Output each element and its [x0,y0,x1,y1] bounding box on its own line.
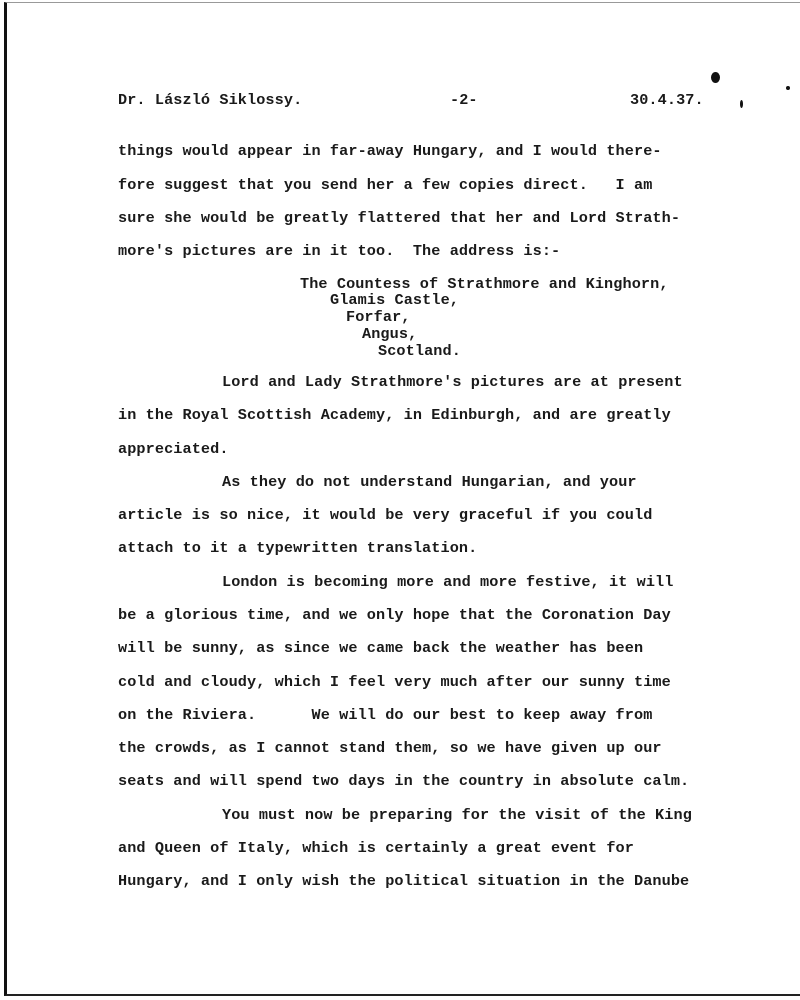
body-line: seats and will spend two days in the cou… [118,772,689,790]
body-line: will be sunny, as since we came back the… [118,639,643,657]
body-line: Lord and Lady Strathmore's pictures are … [222,373,683,391]
ink-speck [740,100,743,108]
ink-speck [711,72,720,83]
body-line: You must now be preparing for the visit … [222,806,692,824]
body-line: be a glorious time, and we only hope tha… [118,606,671,624]
body-line: sure she would be greatly flattered that… [118,209,680,227]
body-line: more's pictures are in it too. The addre… [118,242,560,260]
body-line: attach to it a typewritten translation. [118,539,477,557]
body-line: As they do not understand Hungarian, and… [222,473,637,491]
page-number: -2- [450,91,478,109]
body-line: Hungary, and I only wish the political s… [118,872,689,890]
body-line: and Queen of Italy, which is certainly a… [118,839,634,857]
address-line: Angus, [362,325,417,343]
ink-speck [786,86,790,90]
letter-date: 30.4.37. [630,91,704,109]
body-line: on the Riviera. We will do our best to k… [118,706,652,724]
address-line: Scotland. [378,342,461,360]
body-line: the crowds, as I cannot stand them, so w… [118,739,662,757]
body-line: cold and cloudy, which I feel very much … [118,673,671,691]
address-line: Forfar, [346,308,411,326]
letter-addressee: Dr. László Siklossy. [118,91,302,109]
body-line: appreciated. [118,440,229,458]
body-line: fore suggest that you send her a few cop… [118,176,652,194]
address-line: Glamis Castle, [330,291,459,309]
body-line: things would appear in far-away Hungary,… [118,142,662,160]
body-line: article is so nice, it would be very gra… [118,506,652,524]
body-line: London is becoming more and more festive… [222,573,674,591]
body-line: in the Royal Scottish Academy, in Edinbu… [118,406,671,424]
